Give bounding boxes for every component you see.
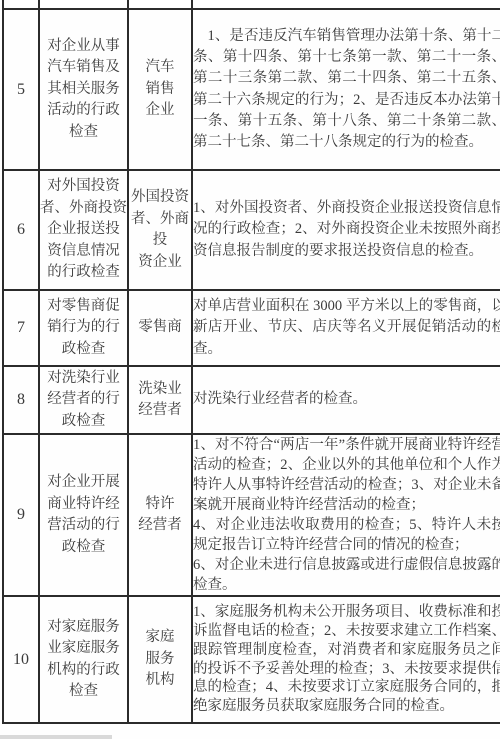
inspection-target-cell: 家庭 服务 机构: [128, 596, 192, 723]
inspection-item-cell: 对洗染行业 经营者的行 政检查: [39, 366, 128, 434]
inspection-target-cell: 外国投资 者、外商投 资企业: [128, 170, 192, 290]
inspection-target-cell: 特许 经营者: [128, 434, 192, 596]
inspection-content-cell: 1、对不符合“两店一年”条件就开展商业特许经营活动的检查；2、企业以外的其他单位…: [192, 434, 500, 596]
table-row: 9 对企业开展 商业特许经 营活动的行 政检查 特许 经营者 1、对不符合“两店…: [3, 434, 500, 596]
inspection-target-cell: [128, 0, 192, 9]
inspection-item-cell: 对企业从事 汽车销售及 其相关服务 活动的行政 检查: [39, 9, 128, 170]
table-row: 5 对企业从事 汽车销售及 其相关服务 活动的行政 检查 汽车 销售 企业 1、…: [3, 9, 500, 170]
row-number-cell: [3, 0, 39, 9]
page-bottom-edge-artifact: [0, 735, 112, 739]
inspection-content-cell: [192, 0, 500, 9]
inspection-content-cell: 对单店营业面积在 3000 平方米以上的零售商，以新店开业、节庆、店庆等名义开展…: [192, 290, 500, 366]
inspection-content-cell: 对洗染行业经营者的检查。: [192, 366, 500, 434]
inspection-item-cell: 对家庭服务 业家庭服务 机构的行政 检查: [39, 596, 128, 723]
table-row: 6 对外国投资 者、外商投资 企业报送投 资信息情况 的行政检查 外国投资 者、…: [3, 170, 500, 290]
inspection-target-cell: 洗染业 经营者: [128, 366, 192, 434]
cropped-previous-row: [3, 0, 500, 9]
table-row: 8 对洗染行业 经营者的行 政检查 洗染业 经营者 对洗染行业经营者的检查。: [3, 366, 500, 434]
row-number-cell: 8: [3, 366, 39, 434]
inspection-item-cell: [39, 0, 128, 9]
row-number-cell: 5: [3, 9, 39, 170]
inspection-target-cell: 零售商: [128, 290, 192, 366]
table-row: 10 对家庭服务 业家庭服务 机构的行政 检查 家庭 服务 机构 1、家庭服务机…: [3, 596, 500, 723]
inspection-content-cell: 1、对外国投资者、外商投资企业报送投资信息情况的行政检查；2、对外商投资企业未按…: [192, 170, 500, 290]
inspection-content-cell: 1、家庭服务机构未公开服务项目、收费标准和投诉监督电话的检查；2、未按要求建立工…: [192, 596, 500, 723]
inspection-target-cell: 汽车 销售 企业: [128, 9, 192, 170]
inspection-content-cell: 1、是否违反汽车销售管理办法第十条、第十二条、第十四条、第十七条第一款、第二十一…: [192, 9, 500, 170]
inspection-item-cell: 对企业开展 商业特许经 营活动的行 政检查: [39, 434, 128, 596]
row-number-cell: 6: [3, 170, 39, 290]
inspection-item-cell: 对外国投资 者、外商投资 企业报送投 资信息情况 的行政检查: [39, 170, 128, 290]
row-number-cell: 7: [3, 290, 39, 366]
table-row: 7 对零售商促 销行为的行 政检查 零售商 对单店营业面积在 3000 平方米以…: [3, 290, 500, 366]
inspection-table: 5 对企业从事 汽车销售及 其相关服务 活动的行政 检查 汽车 销售 企业 1、…: [2, 0, 500, 724]
row-number-cell: 10: [3, 596, 39, 723]
inspection-item-cell: 对零售商促 销行为的行 政检查: [39, 290, 128, 366]
document-page: 5 对企业从事 汽车销售及 其相关服务 活动的行政 检查 汽车 销售 企业 1、…: [0, 0, 500, 739]
row-number-cell: 9: [3, 434, 39, 596]
